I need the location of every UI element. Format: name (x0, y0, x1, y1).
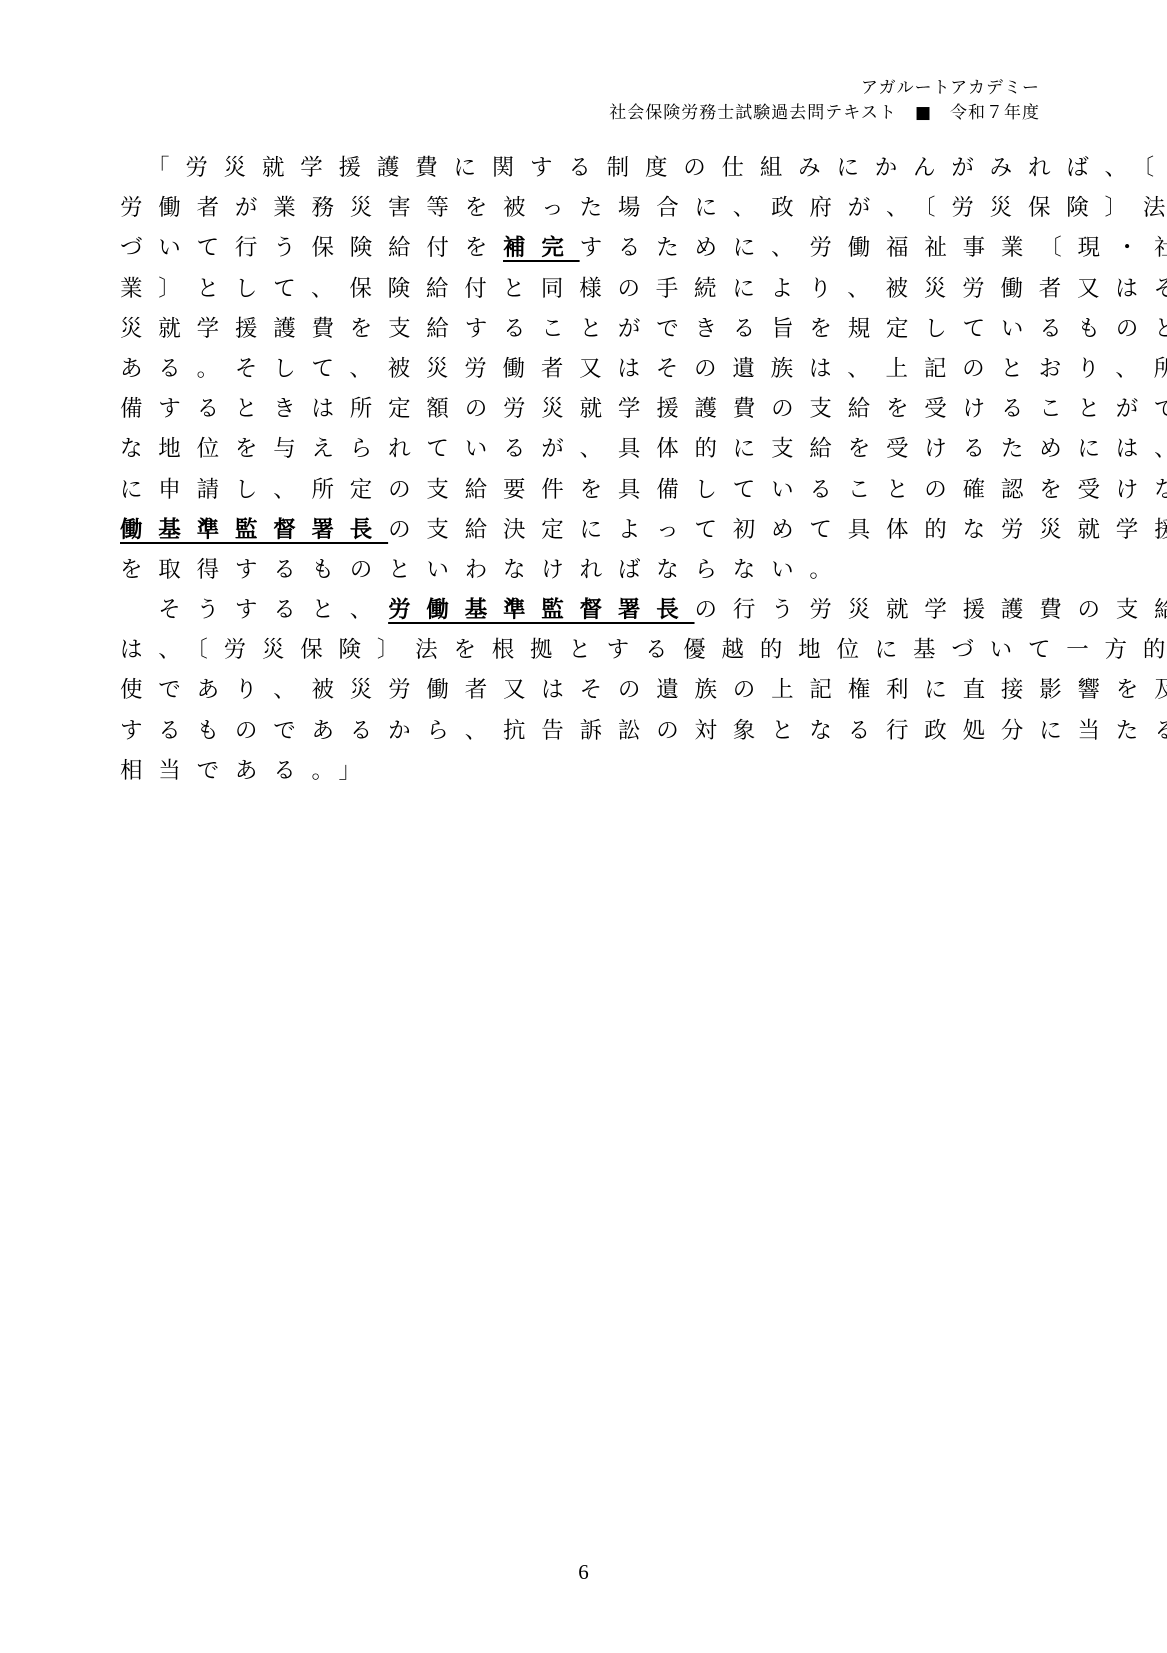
text-run: の行う労災就学援護費の支給又は不支給の決定 (695, 597, 1167, 623)
text-run: 業〕として、保険給付と同様の手続により、被災労働者又はその遺族に対して労 (120, 276, 1167, 302)
emphasized-term: 働基準監督署長 (120, 517, 388, 543)
text-line: 労働者が業務災害等を被った場合に、政府が、〔労災保険〕法第３章の規定に基 (120, 188, 1045, 228)
header-publisher: アガルートアカデミー (609, 76, 1040, 101)
text-run: の支給決定によって初めて具体的な労災就学援護費の支給請求権 (388, 517, 1167, 543)
text-run: 「労災就学援護費に関する制度の仕組みにかんがみれば、〔労災保険〕法は、 (120, 155, 1167, 181)
text-line: 備するときは所定額の労災就学援護費の支給を受けることができるという抽象的 (120, 389, 1045, 429)
text-line: な地位を与えられているが、具体的に支給を受けるためには、労働基準監督署長 (120, 429, 1045, 469)
text-line: を取得するものといわなければならない。 (120, 550, 1045, 590)
header-book-info: 社会保険労務士試験過去問テキスト■令和７年度 (609, 101, 1040, 126)
page-header: アガルートアカデミー 社会保険労務士試験過去問テキスト■令和７年度 (609, 76, 1040, 126)
header-separator-square-icon: ■ (915, 101, 932, 126)
page-number: 6 (0, 1560, 1167, 1585)
text-line: ある。そして、被災労働者又はその遺族は、上記のとおり、所定の支給要件を具 (120, 349, 1045, 389)
text-line: 相当である。」 (120, 751, 1045, 791)
text-run: を取得するものといわなければならない。 (120, 557, 848, 583)
text-line: 業〕として、保険給付と同様の手続により、被災労働者又はその遺族に対して労 (120, 269, 1045, 309)
text-run: そうすると、 (120, 597, 388, 623)
text-line: に申請し、所定の支給要件を具備していることの確認を受けなければならず、労 (120, 470, 1045, 510)
text-line: づいて行う保険給付を補完するために、労働福祉事業〔現・社会復帰促進等事 (120, 228, 1045, 268)
text-line: 災就学援護費を支給することができる旨を規定しているものと解するのが相当で (120, 309, 1045, 349)
text-run: 相当である。」 (120, 758, 377, 784)
header-book-title: 社会保険労務士試験過去問テキスト (609, 101, 897, 126)
text-run: に申請し、所定の支給要件を具備していることの確認を受けなければならず、 (120, 477, 1167, 503)
text-run: 労働者が業務災害等を被った場合に、政府が、〔労災保険〕法第３章の規定に基 (120, 195, 1167, 221)
text-line: 「労災就学援護費に関する制度の仕組みにかんがみれば、〔労災保険〕法は、 (120, 148, 1045, 188)
text-run: 備するときは所定額の労災就学援護費の支給を受けることができるという抽象的 (120, 396, 1167, 422)
text-run: づいて行う保険給付を (120, 235, 503, 261)
text-line: 使であり、被災労働者又はその遺族の上記権利に直接影響を及ぼす法的効果を有 (120, 670, 1045, 710)
text-run: な地位を与えられているが、具体的に支給を受けるためには、 (120, 436, 1167, 462)
text-line: そうすると、労働基準監督署長の行う労災就学援護費の支給又は不支給の決定 (120, 590, 1045, 630)
quoted-judgment-text: 「労災就学援護費に関する制度の仕組みにかんがみれば、〔労災保険〕法は、労働者が業… (120, 148, 1045, 791)
text-line: は、〔労災保険〕法を根拠とする優越的地位に基づいて一方的に行う公権力の行 (120, 630, 1045, 670)
emphasized-term: 労働基準監督署長 (388, 597, 694, 623)
text-line: するものであるから、抗告訴訟の対象となる行政処分に当たるものと解するのが (120, 711, 1045, 751)
text-run: 使であり、被災労働者又はその遺族の上記権利に直接影響を及ぼす法的効果を有 (120, 677, 1167, 703)
text-run: するために、労働福祉事業〔現・社会復帰促進等事 (580, 235, 1167, 261)
text-line: 働基準監督署長の支給決定によって初めて具体的な労災就学援護費の支給請求権 (120, 510, 1045, 550)
emphasized-term: 補完 (503, 235, 580, 261)
text-run: は、〔労災保険〕法を根拠とする優越的地位に基づいて一方的に行う公権力の行 (120, 637, 1167, 663)
text-run: 災就学援護費を支給することができる旨を規定しているものと解するのが相当で (120, 316, 1167, 342)
text-run: するものであるから、抗告訴訟の対象となる行政処分に当たるものと解するのが (120, 718, 1167, 744)
text-run: ある。そして、被災労働者又はその遺族は、上記のとおり、所定の支給要件を具 (120, 356, 1167, 382)
header-edition: 令和７年度 (950, 101, 1040, 126)
